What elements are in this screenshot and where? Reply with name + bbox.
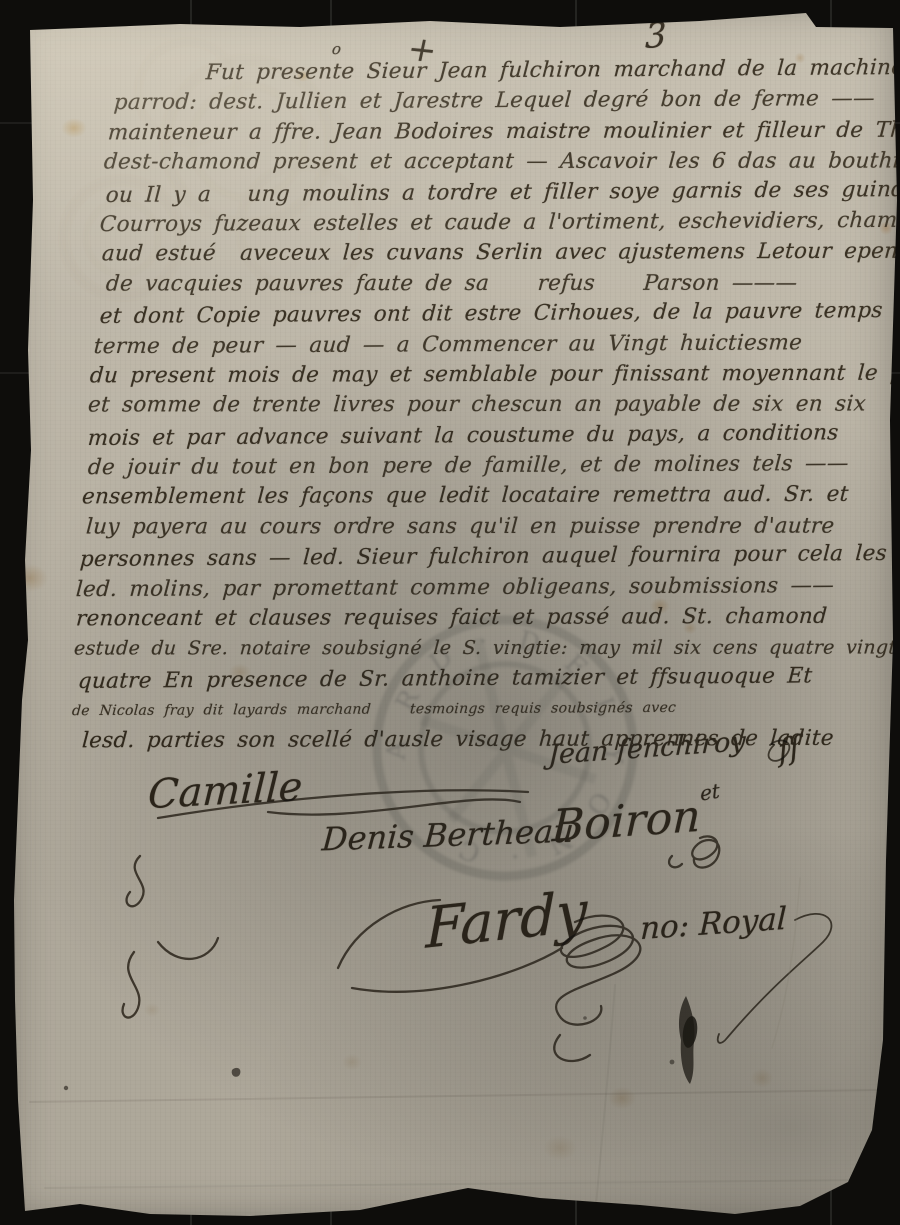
ink-blot [64,996,699,1090]
manuscript-line: mainteneur a ffre. Jean Bodoires maistre… [105,115,900,148]
signature: Fardy [425,879,587,961]
manuscript-text: Fut presente Sieur Jean fulchiron marcha… [65,54,900,756]
manuscript-line: dest-chamond present et acceptant — Asca… [103,147,900,178]
manuscript-line: et somme de trente livres pour chescun a… [87,390,889,421]
manuscript-line: de vacquies pauvres faute de sa refus Pa… [95,268,897,299]
ink-mark: ſſ [776,730,801,770]
manuscript-line: lesd. parties son scellé d'ausle visage … [65,723,867,756]
manuscript-line: du present mois de may et semblable pour… [89,359,891,392]
signature: no: Royal [640,901,788,947]
ink-mark: o [331,40,342,58]
manuscript-line: parrod: dest. Jullien et Jarestre Lequel… [107,84,900,119]
manuscript-line: et dont Copie pauvres ont dit estre Cirh… [93,296,895,332]
manuscript-line: luy payera au cours ordre sans qu'il en … [79,511,881,542]
manuscript-line: de jouir du tout en bon pere de famille,… [83,449,885,484]
manuscript-line: terme de peur — aud — a Commencer au Vin… [91,327,893,362]
signature: Denis Bertheau [321,812,575,859]
manuscript-line: aud estué aveceux les cuvans Serlin avec… [97,237,899,270]
signature: Camille [147,764,304,818]
manuscript-line: personnes sans — led. Sieur fulchiron au… [77,539,879,575]
ink-mark: 3 [645,15,667,57]
manuscript-line: de Nicolas fray dit layards marchand tes… [67,692,869,727]
manuscript-line: Courroys fuzeaux estelles et caude a l'o… [99,206,900,241]
manuscript-line: renonceant et clauses requises faict et … [73,602,875,635]
ink-mark: et [699,778,720,806]
photo-background: Fut presente Sieur Jean fulchiron marcha… [0,0,900,1225]
manuscript-line: led. molins, par promettant comme oblige… [75,570,877,605]
manuscript-paper: Fut presente Sieur Jean fulchiron marcha… [0,0,900,1225]
manuscript-line: ensemblement les façons que ledit locata… [81,480,883,513]
manuscript-line: ou Il y a ung moulins a tordre et filler… [101,175,900,211]
manuscript-line: estude du Sre. notaire soubsigné le S. v… [71,633,873,664]
signature: Boiron [551,791,701,853]
